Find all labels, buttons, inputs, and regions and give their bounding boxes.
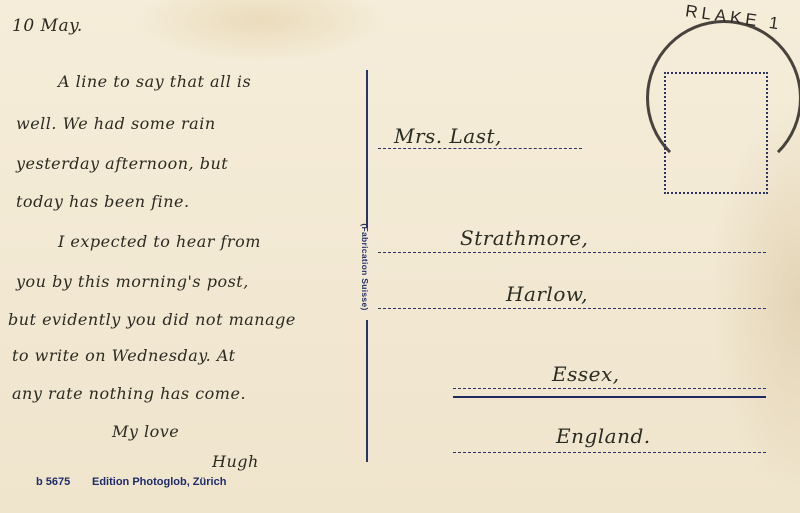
message-line: A line to say that all is	[58, 72, 251, 91]
publisher-imprint: Edition Photoglob, Zürich	[92, 476, 226, 488]
address-rule-2	[378, 252, 766, 253]
center-divider-bottom	[366, 320, 368, 462]
fabrication-label: (Fabrication Suisse)	[360, 202, 370, 332]
address-rule-5	[453, 452, 766, 453]
address-recipient: Mrs. Last,	[394, 124, 502, 148]
address-country: England.	[556, 424, 651, 448]
address-rule-solid	[453, 396, 766, 398]
address-rule-3	[378, 308, 766, 309]
message-closing: My love	[112, 422, 179, 441]
address-rule-1	[378, 148, 582, 149]
message-line: to write on Wednesday. At	[12, 346, 236, 365]
message-line: well. We had some rain	[16, 114, 216, 133]
address-house: Strathmore,	[460, 226, 588, 250]
address-town: Harlow,	[506, 282, 588, 306]
postcard-back: 10 May. A line to say that all is well. …	[0, 0, 800, 513]
message-line: any rate nothing has come.	[12, 384, 246, 403]
stamp-placement-box	[664, 72, 768, 194]
message-line: I expected to hear from	[58, 232, 261, 251]
address-rule-4	[453, 388, 766, 389]
message-date: 10 May.	[12, 16, 83, 36]
message-line: today has been fine.	[16, 192, 190, 211]
message-line: yesterday afternoon, but	[16, 154, 228, 173]
message-line: but evidently you did not manage	[8, 310, 296, 329]
address-county: Essex,	[552, 362, 620, 386]
catalog-number: b 5675	[36, 476, 70, 488]
message-signature: Hugh	[212, 452, 259, 471]
message-line: you by this morning's post,	[16, 272, 249, 291]
